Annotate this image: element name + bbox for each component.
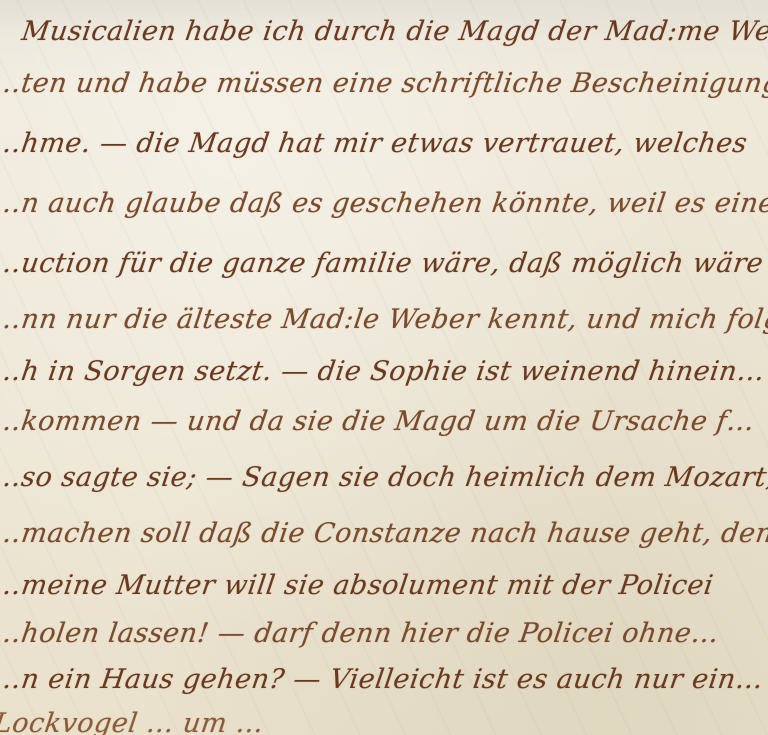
manuscript-line-8: …kommen — und da sie die Magd um die Urs… [0,406,757,437]
manuscript-line-13: …n ein Haus gehen? — Vielleicht ist es a… [0,664,766,695]
manuscript-line-3: …hme. — die Magd hat mir etwas vertrauet… [0,128,749,159]
manuscript-line-2: …ten und habe müssen eine schriftliche B… [0,68,768,99]
manuscript-line-6: …nn nur die älteste Mad:le Weber kennt, … [0,304,768,335]
manuscript-page: Musicalien habe ich durch die Magd der M… [0,0,768,735]
manuscript-line-9: …so sagte sie; — Sagen sie doch heimlich… [0,462,768,493]
manuscript-line-1: Musicalien habe ich durch die Magd der M… [20,16,768,47]
manuscript-line-11: …meine Mutter will sie absolument mit de… [0,570,715,601]
manuscript-line-12: …holen lassen! — darf denn hier die Poli… [0,618,721,649]
manuscript-line-5: …uction für die ganze familie wäre, daß … [0,248,765,279]
manuscript-line-10: …machen soll daß die Constanze nach haus… [0,518,768,549]
manuscript-line-4: …n auch glaube daß es geschehen könnte, … [0,188,768,219]
manuscript-line-7: …h in Sorgen setzt. — die Sophie ist wei… [0,356,767,387]
manuscript-line-14: Lockvogel … um … [0,708,266,735]
